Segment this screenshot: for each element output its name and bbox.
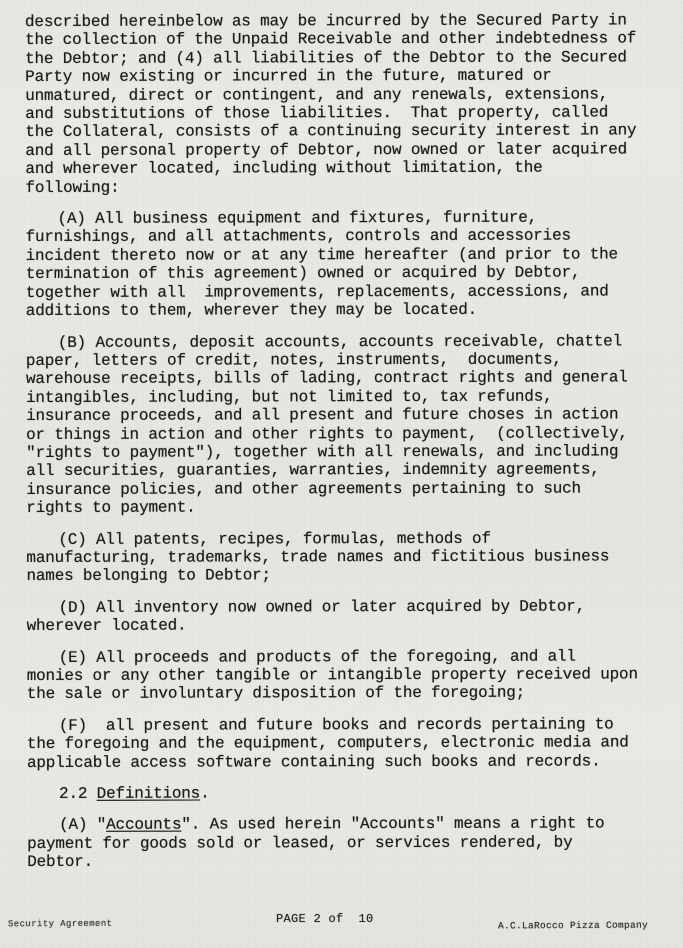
section-heading-period: . — [200, 785, 209, 803]
footer-page-number: PAGE 2 of 10 — [276, 912, 374, 926]
footer-document-title: Security Agreement — [8, 919, 112, 930]
footer-company-name: A.C.LaRocco Pizza Company — [498, 920, 648, 932]
section-title-underlined: Definitions — [97, 785, 200, 803]
paragraph-definition-accounts: (A) "Accounts". As used herein "Accounts… — [27, 815, 673, 872]
paragraph-collateral-b: (B) Accounts, deposit accounts, accounts… — [26, 332, 672, 518]
paragraph-collateral-e: (E) All proceeds and products of the for… — [27, 647, 673, 704]
section-number: 2.2 — [59, 785, 97, 803]
paragraph-collateral-a: (A) All business equipment and fixtures,… — [26, 208, 672, 320]
accounts-definition-prefix: (A) " — [59, 816, 106, 834]
paragraph-collateral-f: (F) all present and future books and rec… — [27, 715, 673, 772]
paragraph-collateral-d: (D) All inventory now owned or later acq… — [27, 597, 673, 636]
scanned-document-page: described hereinbelow as may be incurred… — [0, 0, 683, 948]
paragraph-continuation: described hereinbelow as may be incurred… — [25, 11, 671, 197]
paragraph-collateral-c: (C) All patents, recipes, formulas, meth… — [26, 529, 672, 586]
section-heading-definitions: 2.2 Definitions. — [27, 783, 673, 803]
accounts-term-underlined: Accounts — [106, 816, 181, 834]
document-body: described hereinbelow as may be incurred… — [25, 11, 673, 884]
